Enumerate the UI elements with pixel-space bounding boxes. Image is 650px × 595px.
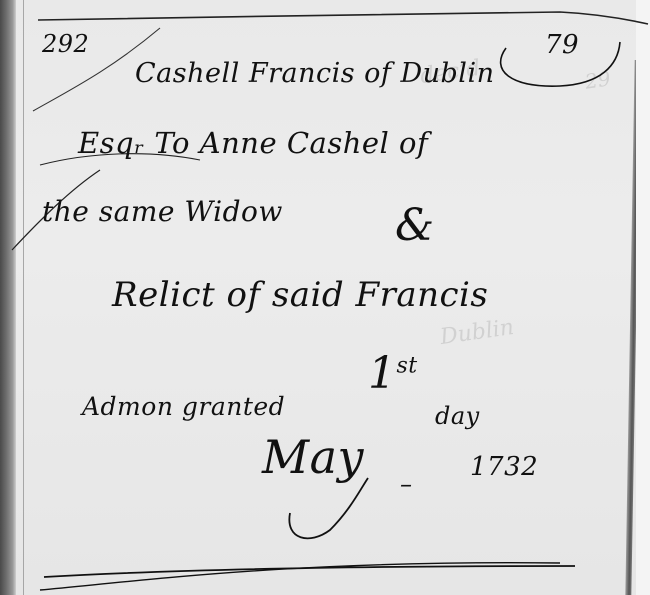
day-number: 1 <box>368 348 397 399</box>
entry-line-deceased: Cashell Francis of Dublin <box>135 58 494 89</box>
admon-granted-label: Admon granted <box>82 392 285 421</box>
document-page: dec’d 29 Dublin 292 79 Cashell Francis o… <box>0 0 650 595</box>
folio-number: 79 <box>545 30 579 60</box>
day-ordinal: 1st <box>368 348 418 399</box>
grant-month: May <box>262 430 364 484</box>
entry-line-status: the same Widow <box>42 195 283 228</box>
ampersand: & <box>395 200 435 251</box>
entry-line-relict: Relict of said Francis <box>112 275 488 315</box>
entry-line-grantee: Esqᵣ To Anne Cashel of <box>78 126 428 160</box>
date-separator: – <box>400 470 413 498</box>
grant-year: 1732 <box>470 452 538 482</box>
entry-number: 292 <box>42 30 89 58</box>
day-label: day <box>435 402 480 430</box>
day-ordinal-suffix: st <box>397 353 418 378</box>
